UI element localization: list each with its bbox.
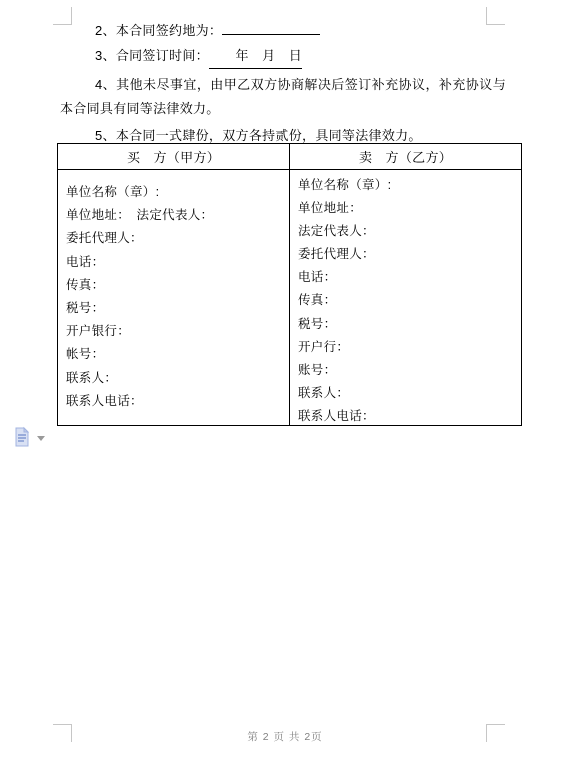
buyer-cell: 单位名称（章）: 单位地址： 法定代表人： 委托代理人： 电话： 传真： 税号：… <box>58 170 289 425</box>
document-map-icon <box>13 426 31 448</box>
buyer-field-unit-address-legal-rep: 单位地址： 法定代表人： <box>66 204 289 227</box>
buyer-field-phone: 电话： <box>66 251 289 274</box>
seller-field-fax: 传真： <box>298 289 521 312</box>
buyer-field-agent: 委托代理人： <box>66 227 289 250</box>
buyer-field-tax-no: 税号： <box>66 297 289 320</box>
clause-4: 4、其他未尽事宜，由甲乙双方协商解决后签订补充协议，补充协议与本合同具有同等法律… <box>60 73 506 120</box>
buyer-field-fax: 传真： <box>66 274 289 297</box>
buyer-header-cell: 买 方（甲方） <box>58 144 289 169</box>
seller-header-cell: 卖 方（乙方） <box>289 144 521 169</box>
seller-field-unit-address: 单位地址： <box>298 197 521 220</box>
seller-cell: 单位名称（章）: 单位地址： 法定代表人： 委托代理人： 电话： 传真： 税号：… <box>289 170 521 425</box>
seller-field-bank: 开户行： <box>298 336 521 359</box>
seller-field-contact: 联系人： <box>298 382 521 405</box>
buyer-field-unit-name: 单位名称（章）: <box>66 181 289 204</box>
document-page: 2、本合同签约地为： 3、合同签订时间： 年 月 日 4、其他未尽事宜，由甲乙双… <box>0 0 570 761</box>
clause-3: 3、合同签订时间： 年 月 日 <box>60 43 506 69</box>
clause-2: 2、本合同签约地为： <box>60 18 506 43</box>
seller-field-legal-rep: 法定代表人： <box>298 220 521 243</box>
seller-field-agent: 委托代理人： <box>298 243 521 266</box>
buyer-field-contact-phone: 联系人电话： <box>66 390 289 413</box>
dropdown-arrow-icon <box>37 436 45 441</box>
signature-table-body-row: 单位名称（章）: 单位地址： 法定代表人： 委托代理人： 电话： 传真： 税号：… <box>58 170 521 425</box>
seller-field-contact-phone: 联系人电话： <box>298 405 521 428</box>
clause-3-label: 3、合同签订时间： <box>95 48 209 63</box>
document-body: 2、本合同签约地为： 3、合同签订时间： 年 月 日 4、其他未尽事宜，由甲乙双… <box>60 18 506 148</box>
signature-table: 买 方（甲方） 卖 方（乙方） 单位名称（章）: 单位地址： 法定代表人： 委托… <box>57 143 522 426</box>
clause-3-date-blank-field: 年 月 日 <box>209 43 302 69</box>
seller-field-tax-no: 税号： <box>298 313 521 336</box>
margin-widget-button[interactable] <box>13 426 45 448</box>
seller-field-account-no: 账号： <box>298 359 521 382</box>
buyer-field-account-no: 帐号： <box>66 343 289 366</box>
signature-table-header-row: 买 方（甲方） 卖 方（乙方） <box>58 144 521 170</box>
buyer-field-contact: 联系人： <box>66 367 289 390</box>
clause-2-blank-field <box>222 20 320 35</box>
seller-field-unit-name: 单位名称（章）: <box>298 174 521 197</box>
seller-field-phone: 电话： <box>298 266 521 289</box>
clause-2-label: 2、本合同签约地为： <box>95 23 222 38</box>
buyer-field-bank: 开户银行： <box>66 320 289 343</box>
page-number-footer: 第 2 页 共 2页 <box>0 729 570 744</box>
